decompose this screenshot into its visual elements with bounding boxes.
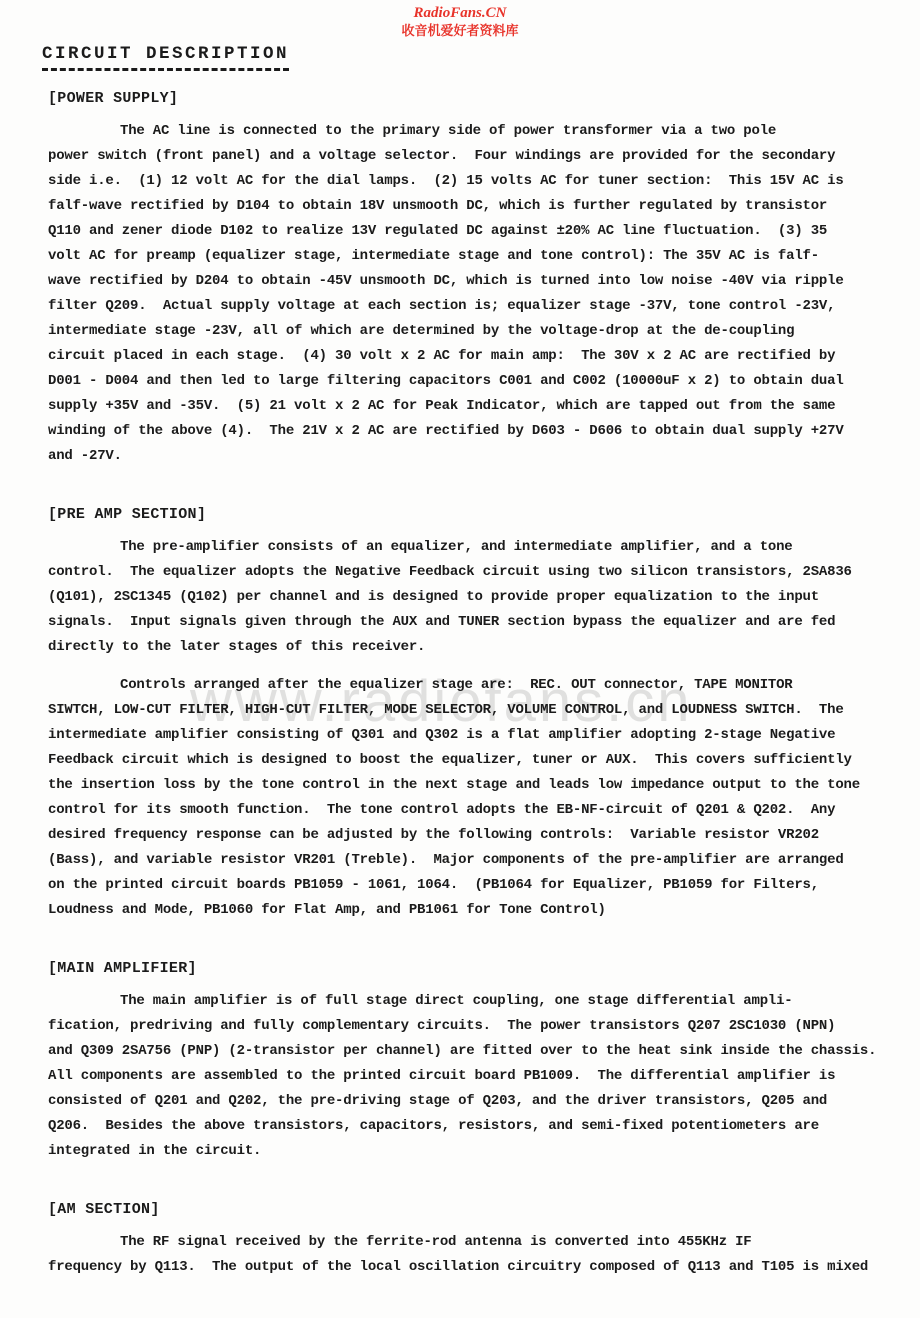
text-line: fication, predriving and fully complemen… <box>48 1014 890 1039</box>
scanned-page: RadioFans.CN 收音机爱好者资料库 www.radiofans.cn … <box>0 0 920 1318</box>
text-line: power switch (front panel) and a voltage… <box>48 144 890 169</box>
text-line: directly to the later stages of this rec… <box>48 635 890 660</box>
text-line: on the printed circuit boards PB1059 - 1… <box>48 873 890 898</box>
text-line: (Bass), and variable resistor VR201 (Tre… <box>48 848 890 873</box>
section-heading-main-amplifier: [MAIN AMPLIFIER] <box>48 959 890 979</box>
text-line: and -27V. <box>48 444 890 469</box>
text-line: Controls arranged after the equalizer st… <box>48 673 890 698</box>
text-line: frequency by Q113. The output of the loc… <box>48 1255 890 1280</box>
text-line: circuit placed in each stage. (4) 30 vol… <box>48 344 890 369</box>
section-heading-pre-amp-section: [PRE AMP SECTION] <box>48 505 890 525</box>
paragraph: The main amplifier is of full stage dire… <box>48 989 890 1164</box>
text-line: All components are assembled to the prin… <box>48 1064 890 1089</box>
text-line: control. The equalizer adopts the Negati… <box>48 560 890 585</box>
document-title: CIRCUIT DESCRIPTION <box>42 44 289 71</box>
text-line: Q206. Besides the above transistors, cap… <box>48 1114 890 1139</box>
paragraph: The pre-amplifier consists of an equaliz… <box>48 535 890 660</box>
section-heading-power-supply: [POWER SUPPLY] <box>48 89 890 109</box>
text-line: supply +35V and -35V. (5) 21 volt x 2 AC… <box>48 394 890 419</box>
text-line: intermediate stage -23V, all of which ar… <box>48 319 890 344</box>
text-line: signals. Input signals given through the… <box>48 610 890 635</box>
text-line: The main amplifier is of full stage dire… <box>48 989 890 1014</box>
text-line: Q110 and zener diode D102 to realize 13V… <box>48 219 890 244</box>
site-banner: RadioFans.CN 收音机爱好者资料库 <box>0 5 920 39</box>
text-line: control for its smooth function. The ton… <box>48 798 890 823</box>
text-line: D001 - D004 and then led to large filter… <box>48 369 890 394</box>
text-line: filter Q209. Actual supply voltage at ea… <box>48 294 890 319</box>
document-sections: [POWER SUPPLY]The AC line is connected t… <box>48 89 890 1280</box>
text-line: the insertion loss by the tone control i… <box>48 773 890 798</box>
section-main-amplifier: [MAIN AMPLIFIER]The main amplifier is of… <box>48 959 890 1164</box>
text-line: winding of the above (4). The 21V x 2 AC… <box>48 419 890 444</box>
text-line: and Q309 2SA756 (PNP) (2-transistor per … <box>48 1039 890 1064</box>
text-line: desired frequency response can be adjust… <box>48 823 890 848</box>
text-line: wave rectified by D204 to obtain -45V un… <box>48 269 890 294</box>
text-line: consisted of Q201 and Q202, the pre-driv… <box>48 1089 890 1114</box>
text-line: side i.e. (1) 12 volt AC for the dial la… <box>48 169 890 194</box>
text-line: volt AC for preamp (equalizer stage, int… <box>48 244 890 269</box>
section-power-supply: [POWER SUPPLY]The AC line is connected t… <box>48 89 890 469</box>
text-line: falf-wave rectified by D104 to obtain 18… <box>48 194 890 219</box>
text-line: integrated in the circuit. <box>48 1139 890 1164</box>
text-line: intermediate amplifier consisting of Q30… <box>48 723 890 748</box>
text-line: (Q101), 2SC1345 (Q102) per channel and i… <box>48 585 890 610</box>
paragraph: The RF signal received by the ferrite-ro… <box>48 1230 890 1280</box>
paragraph: Controls arranged after the equalizer st… <box>48 673 890 923</box>
text-line: The AC line is connected to the primary … <box>48 119 890 144</box>
text-line: SIWTCH, LOW-CUT FILTER, HIGH-CUT FILTER,… <box>48 698 890 723</box>
paragraph: The AC line is connected to the primary … <box>48 119 890 469</box>
text-line: The pre-amplifier consists of an equaliz… <box>48 535 890 560</box>
section-heading-am-section: [AM SECTION] <box>48 1200 890 1220</box>
text-line: Loudness and Mode, PB1060 for Flat Amp, … <box>48 898 890 923</box>
section-am-section: [AM SECTION]The RF signal received by th… <box>48 1200 890 1280</box>
text-line: The RF signal received by the ferrite-ro… <box>48 1230 890 1255</box>
text-line: Feedback circuit which is designed to bo… <box>48 748 890 773</box>
site-banner-name: RadioFans.CN <box>0 5 920 22</box>
section-pre-amp-section: [PRE AMP SECTION]The pre-amplifier consi… <box>48 505 890 923</box>
site-banner-chinese: 收音机爱好者资料库 <box>0 24 920 39</box>
